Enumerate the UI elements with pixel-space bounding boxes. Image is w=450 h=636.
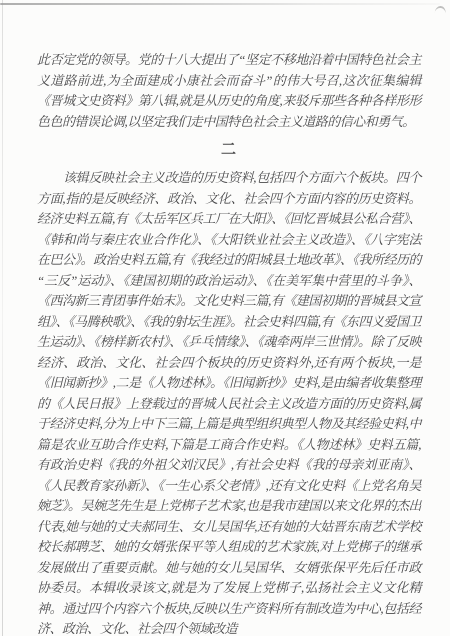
section-heading-numeral: 二 bbox=[37, 139, 421, 161]
scan-corner-mark-artifact bbox=[434, 5, 446, 15]
section-body-paragraph: 该辑反映社会主义改造的历史资料,包括四个方面六个板块。四个方面,指的是反映经济、… bbox=[37, 168, 421, 636]
scan-edge-left-artifact bbox=[2, 0, 3, 636]
page-text-block: 此否定党的领导。党的十八大提出了“坚定不移地沿着中国特色社会主义道路前进,为全面… bbox=[37, 50, 421, 636]
scanned-document-page: 此否定党的领导。党的十八大提出了“坚定不移地沿着中国特色社会主义道路前进,为全面… bbox=[0, 0, 450, 636]
paragraph-continuation: 此否定党的领导。党的十八大提出了“坚定不移地沿着中国特色社会主义道路前进,为全面… bbox=[37, 50, 421, 132]
scan-edge-top-artifact bbox=[0, 3, 440, 5]
